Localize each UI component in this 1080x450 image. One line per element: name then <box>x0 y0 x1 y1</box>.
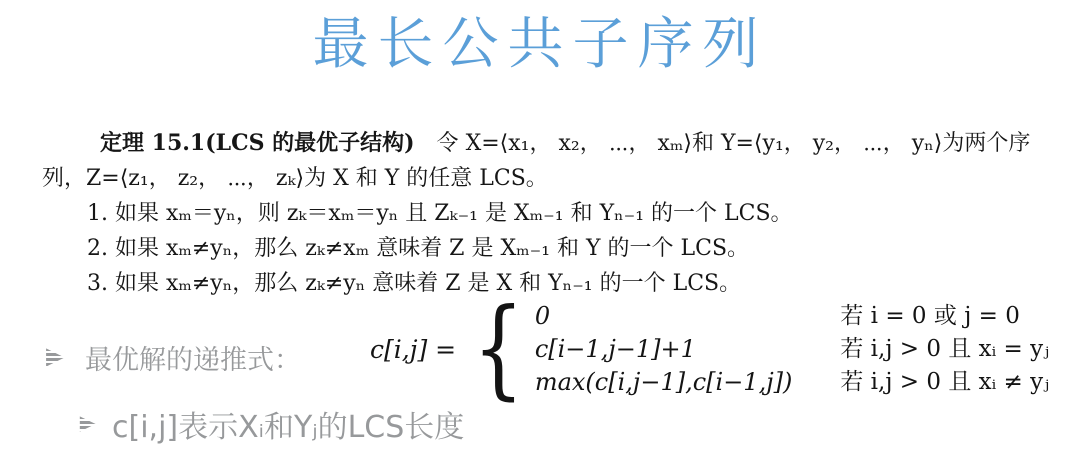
theorem-line-1-rest: 令 X=⟨x₁， x₂， ⋯， xₘ⟩和 Y=⟨y₁， y₂， ⋯， yₙ⟩为两… <box>415 131 1031 156</box>
case-expr-2: c[i−1,j−1]+1 <box>535 333 793 366</box>
cases-conditions: 若 i = 0 或 j = 0 若 i,j > 0 且 xᵢ = yⱼ 若 i,… <box>840 300 1049 399</box>
lcs-slide: 最长公共子序列 定理 15.1(LCS 的最优子结构) 令 X=⟨x₁， x₂，… <box>0 0 1080 450</box>
theorem-line-2: 列，Z=⟨z₁， z₂， ⋯， zₖ⟩为 X 和 Y 的任意 LCS。 <box>42 161 1030 196</box>
triangle-bullet-icon <box>44 348 65 367</box>
case-cond-2: 若 i,j > 0 且 xᵢ = yⱼ <box>840 333 1049 366</box>
slide-title: 最长公共子序列 <box>0 0 1080 80</box>
recurrence-formula: c[i,j] = { 0 c[i−1,j−1]+1 max(c[i,j−1],c… <box>370 299 1049 399</box>
theorem-case-2: 2. 如果 xₘ≠yₙ，那么 zₖ≠xₘ 意味着 Z 是 Xₘ₋₁ 和 Y 的一… <box>42 231 1030 266</box>
theorem-case-3: 3. 如果 xₘ≠yₙ，那么 zₖ≠yₙ 意味着 Z 是 X 和 Yₙ₋₁ 的一… <box>42 266 1030 301</box>
note-bullet-label: c[i,j]表示Xᵢ和Yⱼ的LCS长度 <box>112 402 464 446</box>
theorem-case-1: 1. 如果 xₘ＝yₙ，则 zₖ＝xₘ＝yₙ 且 Zₖ₋₁ 是 Xₘ₋₁ 和 Y… <box>42 196 1030 231</box>
theorem-label: 定理 15.1(LCS 的最优子结构) <box>100 130 415 156</box>
theorem-line-1: 定理 15.1(LCS 的最优子结构) 令 X=⟨x₁， x₂， ⋯， xₘ⟩和… <box>42 126 1030 161</box>
case-expr-3: max(c[i,j−1],c[i−1,j]) <box>535 366 793 399</box>
recurrence-bullet: 最优解的递推式： <box>44 338 301 377</box>
note-bullet: c[i,j]表示Xᵢ和Yⱼ的LCS长度 <box>78 402 464 446</box>
cases-expressions: 0 c[i−1,j−1]+1 max(c[i,j−1],c[i−1,j]) <box>535 300 793 399</box>
case-cond-1: 若 i = 0 或 j = 0 <box>840 300 1049 333</box>
recurrence-bullet-label: 最优解的递推式： <box>85 338 301 377</box>
case-expr-1: 0 <box>535 300 793 333</box>
cases-brace: { <box>473 299 525 399</box>
case-cond-3: 若 i,j > 0 且 xᵢ ≠ yⱼ <box>840 366 1049 399</box>
triangle-bullet-icon <box>78 416 96 432</box>
formula-lhs: c[i,j] = <box>370 335 456 364</box>
theorem-block: 定理 15.1(LCS 的最优子结构) 令 X=⟨x₁， x₂， ⋯， xₘ⟩和… <box>42 126 1030 301</box>
